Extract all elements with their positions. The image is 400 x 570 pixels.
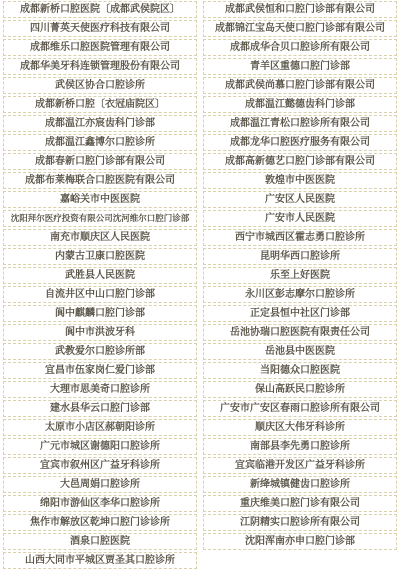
list-item: 南部县李先勇口腔诊所 xyxy=(203,438,397,455)
list-item: 成都温江鑫博尔口腔诊所 xyxy=(3,134,197,151)
list-item: 新绛城镇健齿口腔诊所 xyxy=(203,476,397,493)
list-item: 武教爱尔口腔诊所部 xyxy=(3,343,197,360)
list-item: 建水县华云口腔门诊部 xyxy=(3,400,197,417)
list-item: 成都维乐口腔医院管理有限公司 xyxy=(3,39,197,56)
list-item: 成都温江亦宸齿科门诊部 xyxy=(3,115,197,132)
list-item: 乐至上好医院 xyxy=(203,267,397,284)
list-item: 顺庆区大伟牙科诊所 xyxy=(203,419,397,436)
list-item: 太原市小店区郝朝阳诊所 xyxy=(3,419,197,436)
list-item: 山西大同市平城区贾圣其口腔诊所 xyxy=(3,552,197,569)
list-item: 重庆维美口腔门诊有限公司 xyxy=(203,495,397,512)
list-item: 宜宾临港开发区广益牙科诊所 xyxy=(203,457,397,474)
list-item: 内蒙古卫康口腔医院 xyxy=(3,248,197,265)
list-item: 成都华美牙科连锁管理股份有限公司 xyxy=(3,58,197,75)
list-item: 正定县恒中社区门诊部 xyxy=(203,305,397,322)
list-item: 广安市人民医院 xyxy=(203,210,397,227)
list-column-left: 成都新桥口腔医院〔成都武侯院区〕四川菁英天使医疗科技有限公司成都维乐口腔医院管理… xyxy=(0,0,200,570)
list-item: 四川菁英天使医疗科技有限公司 xyxy=(3,20,197,37)
list-column-right: 成都武侯恒和口腔门诊部有限公司成都锦江宝岛天使口腔门诊部有限公司成都成华合贝口腔… xyxy=(200,0,400,570)
list-item: 自流井区中山口腔门诊部 xyxy=(3,286,197,303)
list-item: 武侯区协合口腔诊所 xyxy=(3,77,197,94)
list-item: 江阴精实口腔诊所有限公司 xyxy=(203,514,397,531)
institution-name-list: 成都新桥口腔医院〔成都武侯院区〕四川菁英天使医疗科技有限公司成都维乐口腔医院管理… xyxy=(0,0,400,570)
list-item: 成都春新口腔门诊部有限公司 xyxy=(3,153,197,170)
list-item: 成都新桥口腔〔衣冠庙院区〕 xyxy=(3,96,197,113)
list-item: 沈阳拜尔医疗投资有限公司沈河维尔口腔门诊部 xyxy=(3,210,197,227)
list-item: 永川区彭志摩尔口腔诊所 xyxy=(203,286,397,303)
list-item: 成都温江青松口腔诊所有限公司 xyxy=(203,115,397,132)
list-item: 宜宾市叙州区广益牙科诊所 xyxy=(3,457,197,474)
list-item: 武胜县人民医院 xyxy=(3,267,197,284)
list-item: 广安市广安区春雨口腔诊所有限公司 xyxy=(203,400,397,417)
list-item: 岳池协瑞口腔医院有限责任公司 xyxy=(203,324,397,341)
list-item: 沈阳浑南亦申口腔门诊部 xyxy=(203,533,397,550)
list-item: 青羊区重德口腔门诊部 xyxy=(203,58,397,75)
list-item: 保山高跃民口腔诊所 xyxy=(203,381,397,398)
list-item: 南充市顺庆区人民医院 xyxy=(3,229,197,246)
list-item: 绵阳市游仙区李华口腔诊所 xyxy=(3,495,197,512)
list-item: 西宁市城西区霍志勇口腔诊所 xyxy=(203,229,397,246)
list-item: 广元市城区谢德阳口腔诊所 xyxy=(3,438,197,455)
list-item: 大理市思美奇口腔诊所 xyxy=(3,381,197,398)
list-item: 嘉峪关市中医医院 xyxy=(3,191,197,208)
list-item: 成都武侯尚慕口腔门诊部有限公司 xyxy=(203,77,397,94)
list-item: 成都武侯恒和口腔门诊部有限公司 xyxy=(203,1,397,18)
list-item: 当阳德众口腔医院 xyxy=(203,362,397,379)
list-item: 广安区人民医院 xyxy=(203,191,397,208)
list-item: 昆明华西口腔诊所 xyxy=(203,248,397,265)
list-item: 成都龙华口腔医疗服务有限公司 xyxy=(203,134,397,151)
list-item: 成都成华合贝口腔诊所有限公司 xyxy=(203,39,397,56)
list-item: 成都锦江宝岛天使口腔门诊部有限公司 xyxy=(203,20,397,37)
list-item: 敦煌市中医医院 xyxy=(203,172,397,189)
list-item: 成都新桥口腔医院〔成都武侯院区〕 xyxy=(3,1,197,18)
list-item: 大邑周娟口腔诊所 xyxy=(3,476,197,493)
list-item: 成都布莱梅联合口腔医院有限公司 xyxy=(3,172,197,189)
list-item: 宜昌市伍家岗仁爱门诊部 xyxy=(3,362,197,379)
list-item: 成都温江懿德齿科门诊部 xyxy=(203,96,397,113)
list-item: 阆中麒麟口腔门诊部 xyxy=(3,305,197,322)
list-item: 阆中市洪波牙科 xyxy=(3,324,197,341)
list-item: 酒泉口腔医院 xyxy=(3,533,197,550)
list-item: 岳池县中医医院 xyxy=(203,343,397,360)
list-item: 成都高新德艺口腔门诊部有限公司 xyxy=(203,153,397,170)
list-item: 焦作市解放区乾坤口腔门诊诊所 xyxy=(3,514,197,531)
